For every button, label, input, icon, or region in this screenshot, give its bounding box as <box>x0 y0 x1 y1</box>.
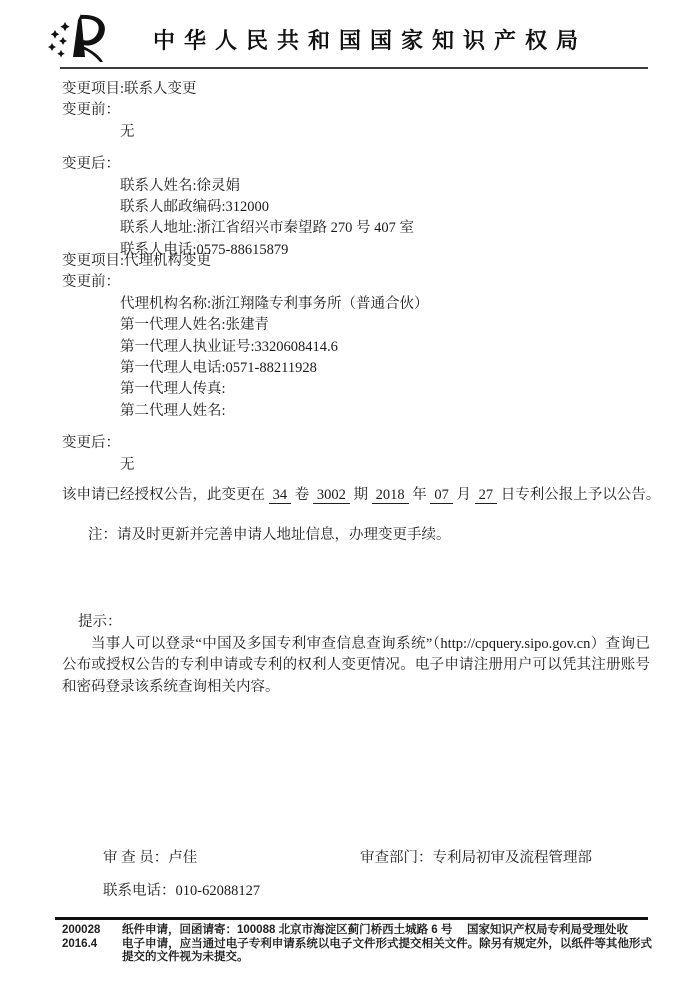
examiner-name: 卢佳 <box>168 850 197 866</box>
before-change-value: 无 <box>62 122 650 143</box>
patent-change-notice-document: 中华人民共和国国家知识产权局 变更项目:联系人变更 变更前： 无 变更后： 联系… <box>0 0 700 990</box>
gazette-volume: 34 <box>269 487 292 504</box>
signature-row: 审 查 员：卢佳 审查部门：专利局初审及流程管理部 <box>103 846 650 867</box>
efiling-instruction: 电子申请，应当通过电子专利申请系统以电子文件形式提交相关文件。除另有规定外，以纸… <box>122 938 652 965</box>
change-item-line: 变更项目:代理机构变更 <box>62 251 650 272</box>
agency-change-section: 变更项目:代理机构变更 变更前： 代理机构名称:浙江翔隆专利事务所（普通合伙） … <box>62 251 650 476</box>
form-version: 2016.4 <box>62 938 122 952</box>
footer-divider <box>55 917 648 920</box>
agent-license-line: 第一代理人执业证号:3320608414.6 <box>62 337 650 358</box>
contact-address-line: 联系人地址:浙江省绍兴市秦望路 270 号 407 室 <box>62 218 650 239</box>
gazette-month: 07 <box>430 487 453 504</box>
after-change-label: 变更后： <box>62 433 650 454</box>
announcement-text: 该申请已经授权公告，此变更在 <box>62 487 265 503</box>
after-change-label: 变更后： <box>62 154 650 175</box>
agency-name-line: 代理机构名称:浙江翔隆专利事务所（普通合伙） <box>62 294 650 315</box>
page-title: 中华人民共和国国家知识产权局 <box>130 24 610 55</box>
gazette-announcement-line: 该申请已经授权公告，此变更在 34 卷 3002 期 2018 年 07 月 2… <box>62 483 660 504</box>
paper-filing-instruction: 纸件申请，回函请寄：100088 北京市海淀区蓟门桥西土城路 6 号 国家知识产… <box>122 924 652 938</box>
before-change-label: 变更前： <box>62 272 650 293</box>
contact-postcode-line: 联系人邮政编码:312000 <box>62 197 650 218</box>
phone-value: 010-62088127 <box>176 883 261 899</box>
second-agent-name-line: 第二代理人姓名: <box>62 401 650 422</box>
tips-body: 当事人可以登录“中国及多国专利审查信息查询系统”（http://cpquery.… <box>62 634 650 699</box>
agent-phone-line: 第一代理人电话:0571-88211928 <box>62 358 650 379</box>
tips-label: 提示： <box>62 612 650 634</box>
section-gap <box>62 143 650 154</box>
office-phone-row: 联系电话：010-62088127 <box>103 879 260 900</box>
gazette-issue: 3002 <box>313 487 350 504</box>
tips-section: 提示： 当事人可以登录“中国及多国专利审查信息查询系统”（http://cpqu… <box>62 612 650 698</box>
department-label: 审查部门： <box>360 850 433 866</box>
after-change-value: 无 <box>62 455 650 476</box>
contact-name-line: 联系人姓名:徐灵娟 <box>62 176 650 197</box>
phone-label: 联系电话： <box>103 883 176 899</box>
section-gap <box>62 422 650 433</box>
header-divider <box>60 67 648 69</box>
gazette-year: 2018 <box>372 487 409 504</box>
before-change-label: 变更前： <box>62 100 650 121</box>
update-address-note: 注：请及时更新并完善申请人地址信息，办理变更手续。 <box>88 523 650 544</box>
form-code: 200028 <box>62 924 122 938</box>
gazette-day: 27 <box>475 487 498 504</box>
agent-fax-line: 第一代理人传真: <box>62 379 650 400</box>
footer: 200028 2016.4 纸件申请，回函请寄：100088 北京市海淀区蓟门桥… <box>62 924 652 965</box>
sipo-emblem-icon <box>44 10 122 64</box>
contact-change-section: 变更项目:联系人变更 变更前： 无 变更后： 联系人姓名:徐灵娟 联系人邮政编码… <box>62 79 650 261</box>
examiner-label: 审 查 员： <box>103 850 168 866</box>
change-item-line: 变更项目:联系人变更 <box>62 79 650 100</box>
department-name: 专利局初审及流程管理部 <box>433 850 593 866</box>
agent-name-line: 第一代理人姓名:张建青 <box>62 315 650 336</box>
